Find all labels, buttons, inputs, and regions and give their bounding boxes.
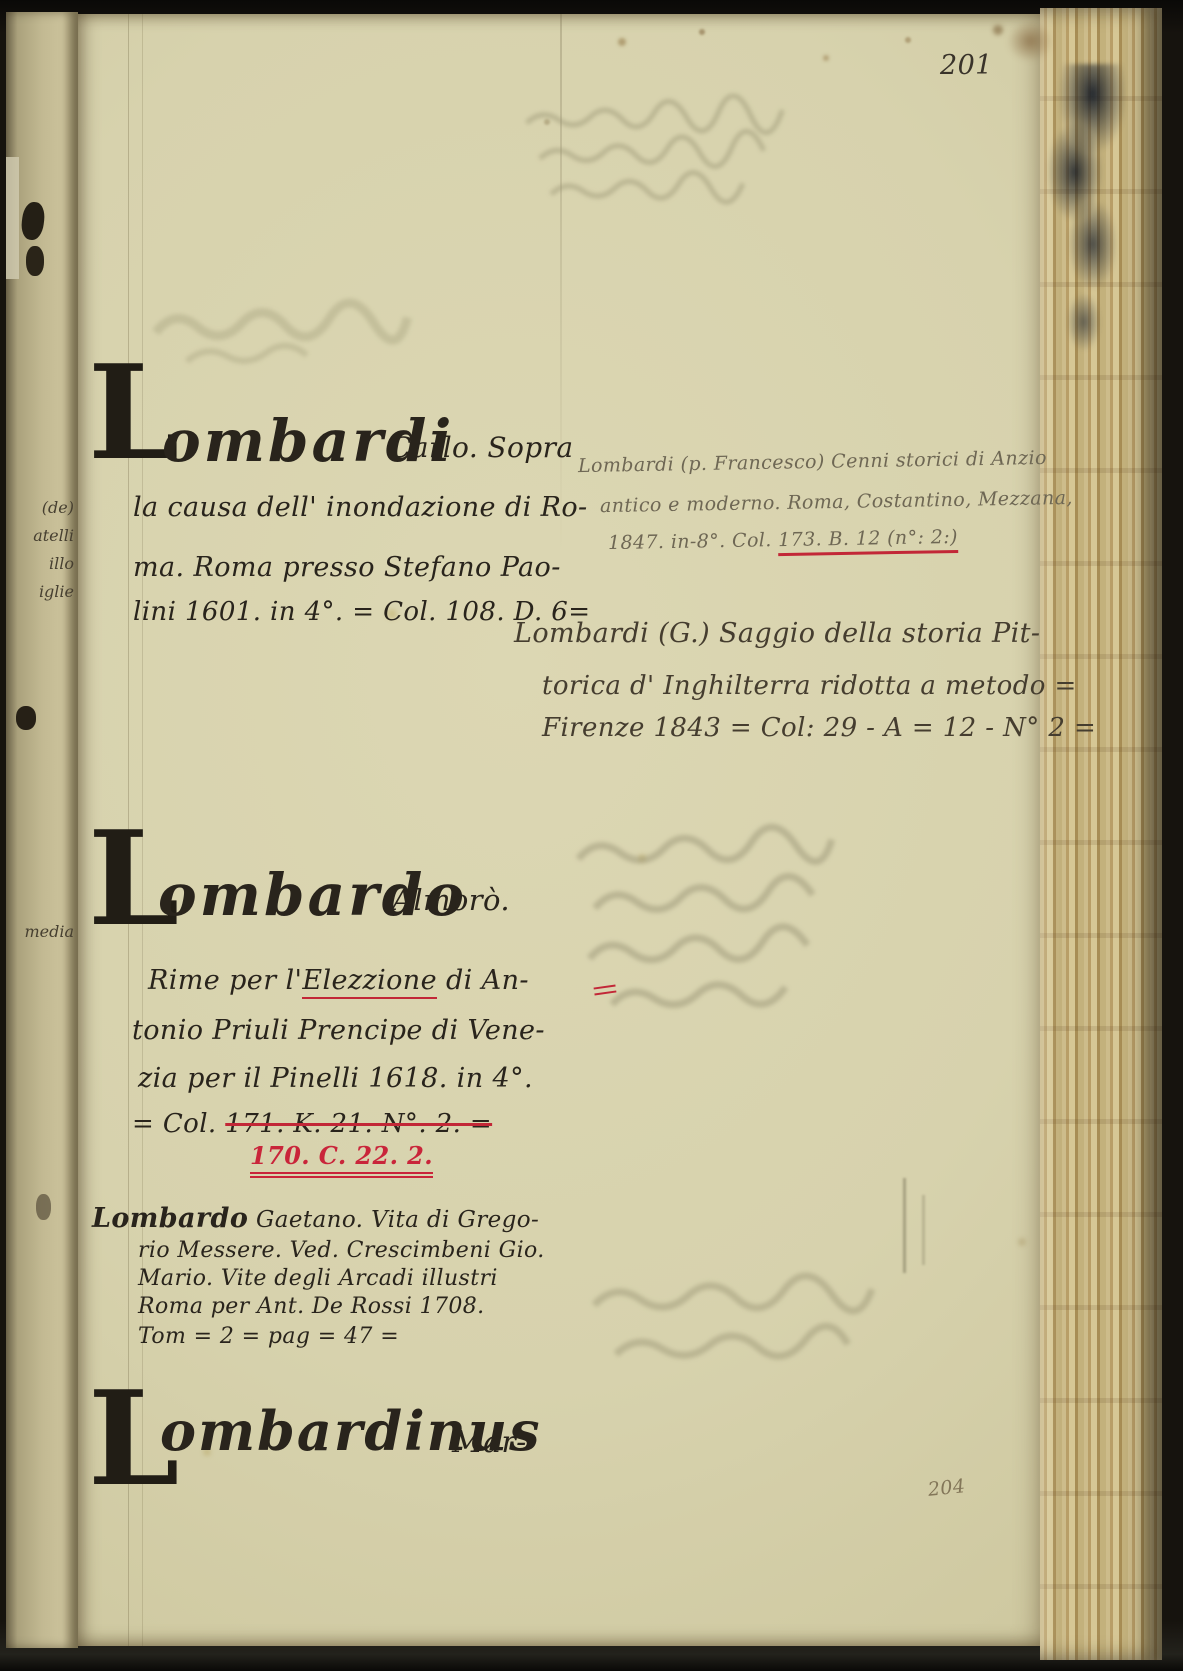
entry-line: ma. Roma presso Stefano Pao- xyxy=(133,552,561,583)
margin-fragment: atelli xyxy=(33,526,74,545)
entry-line: Roma per Ant. De Rossi 1708. xyxy=(138,1294,485,1319)
ink-blot xyxy=(36,1194,51,1220)
shelfmark-red-correction: 170. C. 22. 2. xyxy=(250,1142,433,1178)
line-pre: Rime per l' xyxy=(148,965,302,996)
shelfmark-plain: 1847. in-8°. Col. xyxy=(608,529,779,554)
ink-blot xyxy=(16,706,36,730)
brown-smudge xyxy=(998,12,1062,70)
entry-surname: Lombardo xyxy=(92,1203,248,1234)
line-rest: Gaetano. Vita di Grego- xyxy=(248,1207,539,1233)
bleedthrough-ghost-text xyxy=(145,293,417,377)
entry-line: Lombardo Gaetano. Vita di Grego- xyxy=(92,1203,539,1234)
margin-fragment: illo xyxy=(49,554,74,573)
entry-heading-rest: Mar- xyxy=(452,1426,527,1461)
entry-line: la causa dell' inondazione di Ro- xyxy=(133,492,588,523)
word-red-underlined: Elezzione xyxy=(302,965,437,999)
entry-line: torica d' Inghilterra ridotta a metodo = xyxy=(542,672,1077,702)
entry-line: Rime per l'Elezzione di An- xyxy=(148,965,529,996)
entry-heading-rest: Carlo. Sopra xyxy=(390,432,573,464)
paper-speckles xyxy=(0,0,4,4)
bleedthrough-ghost-text xyxy=(567,817,857,1031)
margin-fragment: (de) xyxy=(42,498,74,517)
line-post: di An- xyxy=(437,965,529,996)
torn-paper-edge xyxy=(6,157,19,279)
entry-line-shelfmark: 1847. in-8°. Col. 173. B. 12 (n°: 2:) xyxy=(608,527,958,555)
entry-line: zia per il Pinelli 1618. in 4°. xyxy=(138,1063,533,1094)
previous-page-edge xyxy=(6,12,78,1648)
page-fold-crease xyxy=(560,14,562,554)
entry-heading-rest: Almorò. xyxy=(392,884,510,917)
entry-line: rio Messere. Ved. Crescimbeni Gio. xyxy=(138,1238,545,1263)
shelfmark-red-underlined: 173. B. 12 (n°: 2:) xyxy=(778,526,958,556)
bleedthrough-ghost-text xyxy=(583,1265,886,1380)
entry-line: tonio Priuli Prencipe di Vene- xyxy=(132,1015,545,1046)
pencil-page-note: 204 xyxy=(927,1476,967,1502)
ink-blot xyxy=(20,201,46,241)
manuscript-photo: 201 (de) atelli illo iglie media L ombar… xyxy=(0,0,1183,1671)
folio-number: 201 xyxy=(940,50,993,81)
margin-fragment: media xyxy=(24,922,74,941)
ink-stain xyxy=(1038,64,1126,364)
margin-fragment: iglie xyxy=(39,582,74,601)
entry-line-shelfmark: Firenze 1843 = Col: 29 - A = 12 - N° 2 = xyxy=(542,714,1096,744)
bleedthrough-ghost-mark xyxy=(903,1178,906,1273)
ink-blot xyxy=(26,246,44,276)
bleedthrough-ghost-text xyxy=(518,91,822,226)
bleedthrough-ghost-mark xyxy=(922,1195,925,1265)
entry-line: Lombardi (G.) Saggio della storia Pit- xyxy=(514,618,1040,649)
shelfmark-struck-red: 171. K. 21. N°. 2. = xyxy=(225,1109,492,1139)
shelfmark-plain: = Col. xyxy=(132,1109,225,1139)
entry-line: Tom = 2 = pag = 47 = xyxy=(138,1324,399,1349)
entry-line: Mario. Vite degli Arcadi illustri xyxy=(138,1266,498,1291)
entry-line-shelfmark: = Col. 171. K. 21. N°. 2. = xyxy=(132,1110,492,1140)
